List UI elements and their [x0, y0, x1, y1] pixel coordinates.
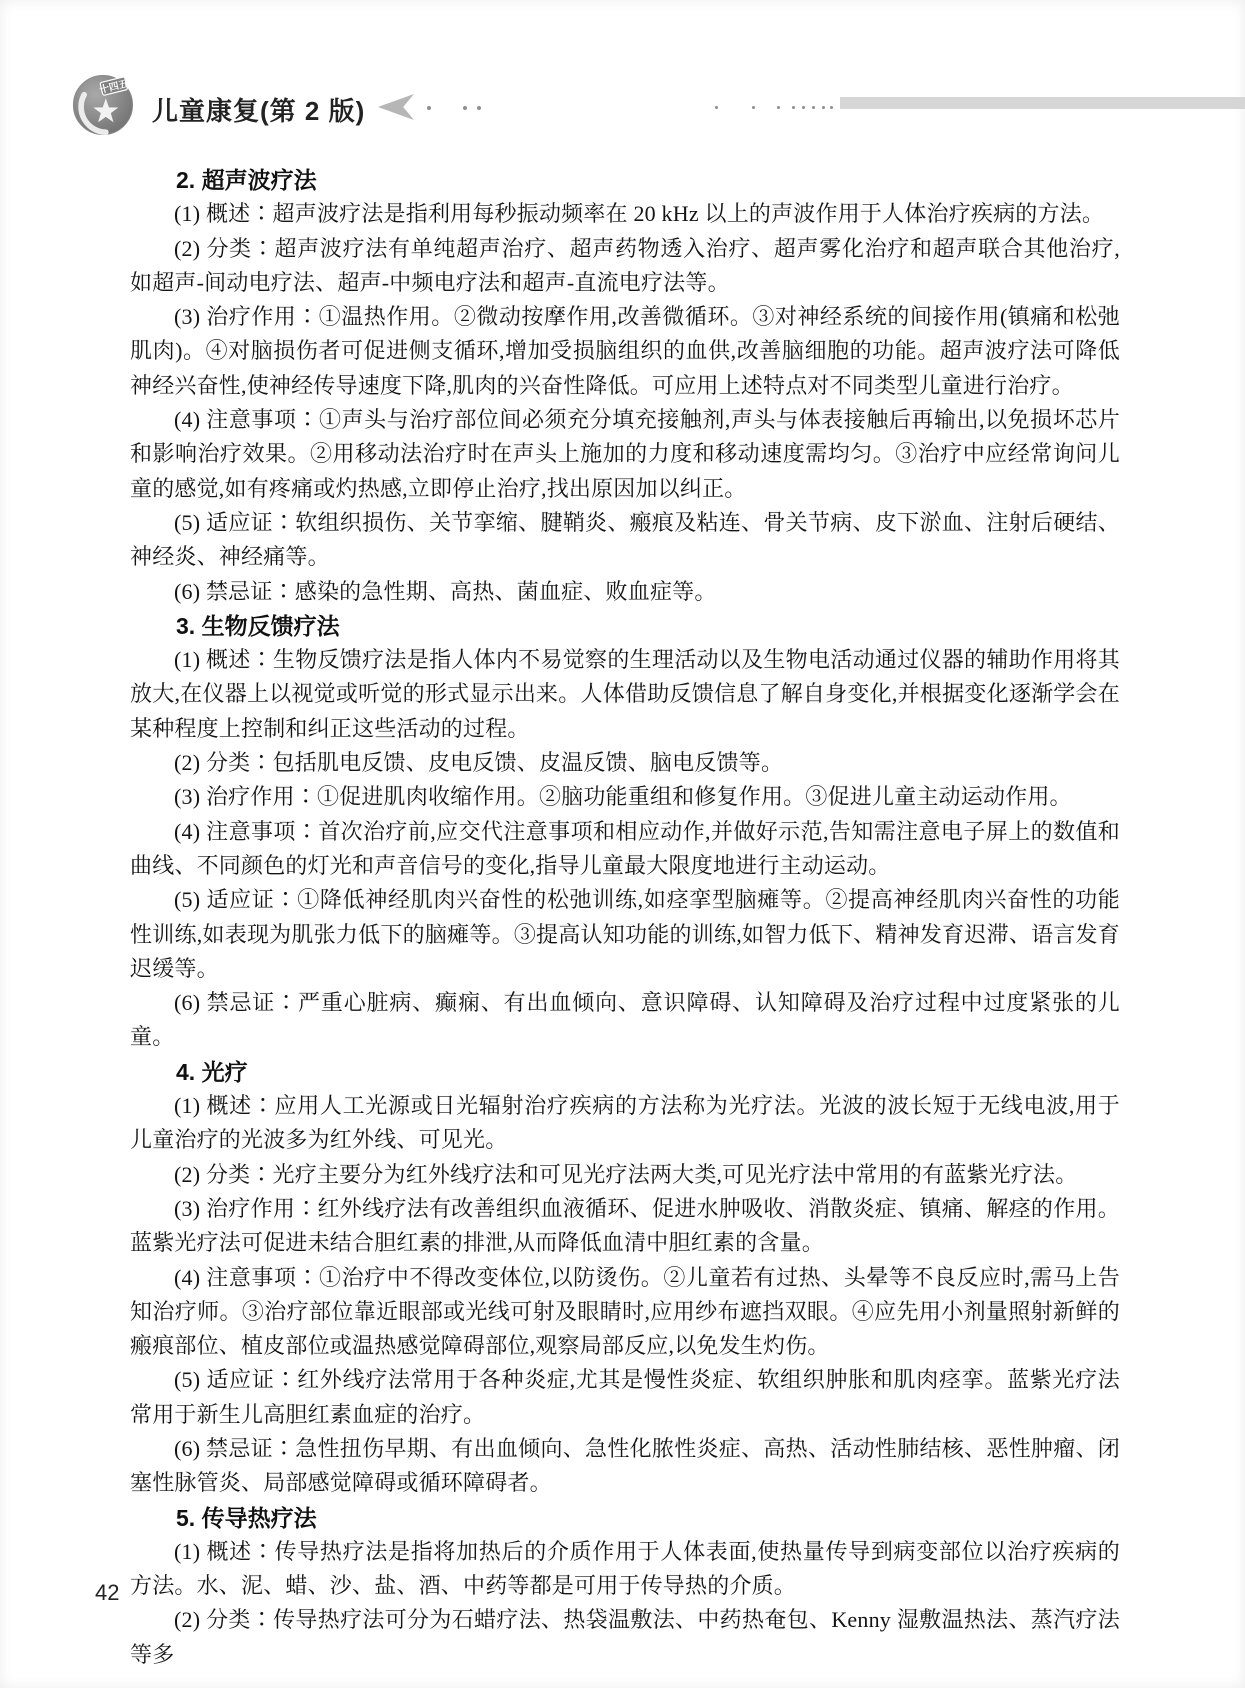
left-arrow-icon: [378, 94, 414, 120]
paragraph: (3) 治疗作用∶红外线疗法有改善组织血液循环、促进水肿吸收、消散炎症、镇痛、解…: [130, 1192, 1120, 1261]
section-heading: 4. 光疗: [130, 1055, 1120, 1089]
paragraph: (4) 注意事项∶①治疗中不得改变体位,以防烫伤。②儿童若有过热、头晕等不良反应…: [130, 1261, 1120, 1364]
section-light-therapy: 4. 光疗 (1) 概述∶应用人工光源或日光辐射治疗疾病的方法称为光疗法。光波的…: [130, 1055, 1120, 1501]
publisher-badge-icon: 十四五: [72, 74, 134, 136]
paragraph: (3) 治疗作用∶①促进肌肉收缩作用。②脑功能重组和修复作用。③促进儿童主动运动…: [130, 780, 1120, 814]
ornament-dot: [463, 106, 467, 110]
paragraph: (1) 概述∶应用人工光源或日光辐射治疗疾病的方法称为光疗法。光波的波长短于无线…: [130, 1089, 1120, 1158]
page-content: 2. 超声波疗法 (1) 概述∶超声波疗法是指利用每秒振动频率在 20 kHz …: [130, 163, 1120, 1672]
paragraph: (1) 概述∶超声波疗法是指利用每秒振动频率在 20 kHz 以上的声波作用于人…: [130, 197, 1120, 231]
section-ultrasound-therapy: 2. 超声波疗法 (1) 概述∶超声波疗法是指利用每秒振动频率在 20 kHz …: [130, 163, 1120, 609]
paragraph: (6) 禁忌证∶严重心脏病、癫痫、有出血倾向、意识障碍、认知障碍及治疗过程中过度…: [130, 986, 1120, 1055]
book-title: 儿童康复(第 2 版): [152, 91, 365, 128]
section-biofeedback-therapy: 3. 生物反馈疗法 (1) 概述∶生物反馈疗法是指人体内不易觉察的生理活动以及生…: [130, 609, 1120, 1055]
ornament-dot: [822, 106, 825, 109]
page-header: 十四五 儿童康复(第 2 版): [0, 0, 1245, 150]
paragraph: (6) 禁忌证∶感染的急性期、高热、菌血症、败血症等。: [130, 575, 1120, 609]
ornament-dot: [427, 106, 431, 110]
paragraph: (3) 治疗作用∶①温热作用。②微动按摩作用,改善微循环。③对神经系统的间接作用…: [130, 300, 1120, 403]
paragraph: (2) 分类∶传导热疗法可分为石蜡疗法、热袋温敷法、中药热奄包、Kenny 湿敷…: [130, 1603, 1120, 1672]
paragraph: (2) 分类∶包括肌电反馈、皮电反馈、皮温反馈、脑电反馈等。: [130, 746, 1120, 780]
ornament-dot: [812, 106, 815, 109]
ornament-dot: [715, 106, 718, 109]
paragraph: (4) 注意事项∶首次治疗前,应交代注意事项和相应动作,并做好示范,告知需注意电…: [130, 815, 1120, 884]
ornament-dot: [802, 106, 805, 109]
section-conductive-heat-therapy: 5. 传导热疗法 (1) 概述∶传导热疗法是指将加热后的介质作用于人体表面,使热…: [130, 1501, 1120, 1672]
paragraph: (2) 分类∶光疗主要分为红外线疗法和可见光疗法两大类,可见光疗法中常用的有蓝紫…: [130, 1158, 1120, 1192]
paragraph: (5) 适应证∶软组织损伤、关节挛缩、腱鞘炎、瘢痕及粘连、骨关节病、皮下淤血、注…: [130, 506, 1120, 575]
paragraph: (6) 禁忌证∶急性扭伤早期、有出血倾向、急性化脓性炎症、高热、活动性肺结核、恶…: [130, 1432, 1120, 1501]
ornament-dot: [830, 106, 833, 109]
paragraph: (1) 概述∶传导热疗法是指将加热后的介质作用于人体表面,使热量传导到病变部位以…: [130, 1535, 1120, 1604]
paragraph: (1) 概述∶生物反馈疗法是指人体内不易觉察的生理活动以及生物电活动通过仪器的辅…: [130, 643, 1120, 746]
section-heading: 3. 生物反馈疗法: [130, 609, 1120, 643]
ornament-dot: [792, 106, 795, 109]
ornament-dot: [752, 106, 755, 109]
paragraph: (5) 适应证∶①降低神经肌肉兴奋性的松弛训练,如痉挛型脑瘫等。②提高神经肌肉兴…: [130, 883, 1120, 986]
section-heading: 2. 超声波疗法: [130, 163, 1120, 197]
ornament-dot: [477, 106, 481, 110]
paragraph: (5) 适应证∶红外线疗法常用于各种炎症,尤其是慢性炎症、软组织肿胀和肌肉痉挛。…: [130, 1363, 1120, 1432]
section-heading: 5. 传导热疗法: [130, 1501, 1120, 1535]
header-rule-bar: [840, 97, 1245, 109]
paragraph: (2) 分类∶超声波疗法有单纯超声治疗、超声药物透入治疗、超声雾化治疗和超声联合…: [130, 232, 1120, 301]
ornament-dot: [777, 106, 780, 109]
page-number: 42: [95, 1580, 119, 1606]
book-page: 十四五 儿童康复(第 2 版) 2. 超声波疗法 (1) 概述∶超声波疗法是指利…: [0, 0, 1245, 1688]
paragraph: (4) 注意事项∶①声头与治疗部位间必须充分填充接触剂,声头与体表接触后再输出,…: [130, 403, 1120, 506]
